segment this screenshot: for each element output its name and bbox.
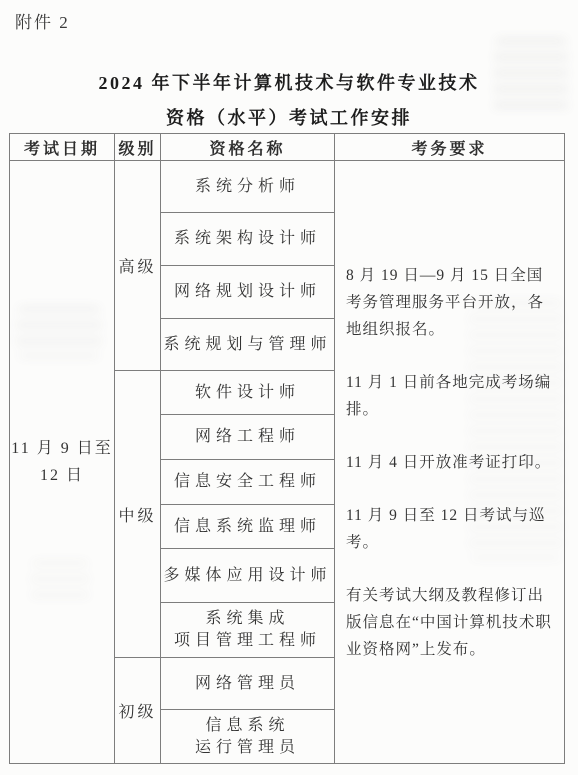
- exam-date-cell: 11 月 9 日至 12 日: [10, 161, 115, 764]
- level-cell-senior: 高级: [115, 161, 161, 371]
- table-row: 11 月 9 日至 12 日 高级 系统分析师 8 月 19 日—9 月 15 …: [10, 161, 565, 213]
- qualification-cell: 信息系统 运行管理员: [161, 710, 335, 764]
- requirement-paragraph: 有关考试大纲及教程修订出版信息在“中国计算机技术职业资格网”上发布。: [346, 582, 559, 663]
- level-cell-junior: 初级: [115, 658, 161, 764]
- qualification-cell: 网络工程师: [161, 415, 335, 460]
- col-header-level: 级别: [115, 134, 161, 161]
- qualification-cell: 软件设计师: [161, 371, 335, 415]
- qualification-cell: 网络规划设计师: [161, 266, 335, 319]
- qualification-cell: 系统集成 项目管理工程师: [161, 603, 335, 658]
- attachment-label: 附件 2: [15, 8, 70, 33]
- requirement-paragraph: 8 月 19 日—9 月 15 日全国考务管理服务平台开放，各地组织报名。: [346, 262, 559, 343]
- requirement-paragraph: 11 月 4 日开放准考证打印。: [346, 449, 559, 476]
- table-header-row: 考试日期 级别 资格名称 考务要求: [10, 134, 565, 161]
- qualification-cell: 信息安全工程师: [161, 460, 335, 505]
- document-title: 2024 年下半年计算机技术与软件专业技术 资格（水平）考试工作安排: [0, 66, 578, 136]
- exam-requirements-cell: 8 月 19 日—9 月 15 日全国考务管理服务平台开放，各地组织报名。 11…: [335, 161, 565, 764]
- qualification-cell: 信息系统监理师: [161, 505, 335, 549]
- exam-schedule-table: 考试日期 级别 资格名称 考务要求 11 月 9 日至 12 日 高级 系统分析…: [9, 133, 565, 764]
- qualification-cell: 多媒体应用设计师: [161, 549, 335, 603]
- requirement-paragraph: 11 月 9 日至 12 日考试与巡考。: [346, 502, 559, 556]
- qualification-cell: 系统分析师: [161, 161, 335, 213]
- qualification-cell: 网络管理员: [161, 658, 335, 710]
- col-header-requirements: 考务要求: [335, 134, 565, 161]
- col-header-qualification: 资格名称: [161, 134, 335, 161]
- qualification-cell: 系统规划与管理师: [161, 319, 335, 371]
- document-title-line1: 2024 年下半年计算机技术与软件专业技术: [0, 66, 578, 101]
- requirement-paragraph: 11 月 1 日前各地完成考场编排。: [346, 369, 559, 423]
- scanned-document-page: 附件 2 2024 年下半年计算机技术与软件专业技术 资格（水平）考试工作安排 …: [0, 0, 578, 775]
- qualification-cell: 系统架构设计师: [161, 213, 335, 266]
- level-cell-intermediate: 中级: [115, 371, 161, 658]
- col-header-exam-date: 考试日期: [10, 134, 115, 161]
- document-title-line2: 资格（水平）考试工作安排: [0, 101, 578, 136]
